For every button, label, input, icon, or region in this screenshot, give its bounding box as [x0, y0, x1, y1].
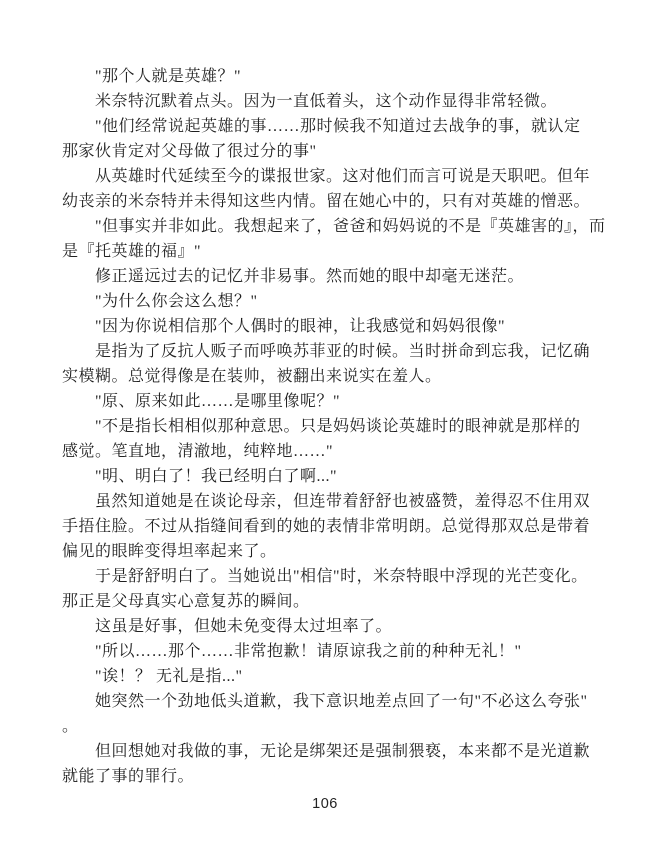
text-line: "为什么你会这么想？": [62, 289, 590, 314]
text-line: "诶！？ 无礼是指...": [62, 664, 590, 689]
text-line: 偏见的眼眸变得坦率起来了。: [62, 539, 590, 564]
text-line: 修正遥远过去的记忆并非易事。然而她的眼中却毫无迷茫。: [62, 264, 590, 289]
text-line: 于是舒舒明白了。当她说出"相信"时，米奈特眼中浮现的光芒变化。: [62, 564, 590, 589]
text-line: 从英雄时代延续至今的谍报世家。这对他们而言可说是天职吧。但年: [62, 164, 590, 189]
document-page: "那个人就是英雄？"米奈特沉默着点头。因为一直低着头，这个动作显得非常轻微。"他…: [0, 0, 650, 850]
text-line: 手捂住脸。不过从指缝间看到的她的表情非常明朗。总觉得那双总是带着: [62, 514, 590, 539]
text-line: 感觉。笔直地，清澈地，纯粹地……": [62, 439, 590, 464]
text-line: "明、明白了！我已经明白了啊...": [62, 464, 590, 489]
text-line: 幼丧亲的米奈特并未得知这些内情。留在她心中的，只有对英雄的憎恶。: [62, 189, 590, 214]
text-line: "不是指长相相似那种意思。只是妈妈谈论英雄时的眼神就是那样的: [62, 414, 590, 439]
text-line: 。: [62, 714, 590, 739]
text-line: 这虽是好事，但她未免变得太过坦率了。: [62, 614, 590, 639]
text-line: 就能了事的罪行。: [62, 764, 590, 789]
text-line: 那家伙肯定对父母做了很过分的事": [62, 139, 590, 164]
text-line: 是指为了反抗人贩子而呼唤苏菲亚的时候。当时拼命到忘我，记忆确: [62, 339, 590, 364]
text-line: 但回想她对我做的事，无论是绑架还是强制猥亵，本来都不是光道歉: [62, 739, 590, 764]
text-line: "原、原来如此……是哪里像呢？": [62, 389, 590, 414]
text-line: 她突然一个劲地低头道歉，我下意识地差点回了一句"不必这么夸张": [62, 689, 590, 714]
text-line: "但事实并非如此。我想起来了，爸爸和妈妈说的不是『英雄害的』，而: [62, 214, 590, 239]
text-line: 实模糊。总觉得像是在装帅，被翻出来说实在羞人。: [62, 364, 590, 389]
text-line: 那正是父母真实心意复苏的瞬间。: [62, 589, 590, 614]
text-line: 米奈特沉默着点头。因为一直低着头，这个动作显得非常轻微。: [62, 89, 590, 114]
novel-text-body: "那个人就是英雄？"米奈特沉默着点头。因为一直低着头，这个动作显得非常轻微。"他…: [62, 64, 590, 789]
text-line: "因为你说相信那个人偶时的眼神，让我感觉和妈妈很像": [62, 314, 590, 339]
text-line: 虽然知道她是在谈论母亲，但连带着舒舒也被盛赞，羞得忍不住用双: [62, 489, 590, 514]
text-line: 是『托英雄的福』": [62, 239, 590, 264]
text-line: "那个人就是英雄？": [62, 64, 590, 89]
text-line: "所以……那个……非常抱歉！请原谅我之前的种种无礼！": [62, 639, 590, 664]
text-line: "他们经常说起英雄的事……那时候我不知道过去战争的事，就认定: [62, 114, 590, 139]
page-number: 106: [0, 796, 650, 812]
